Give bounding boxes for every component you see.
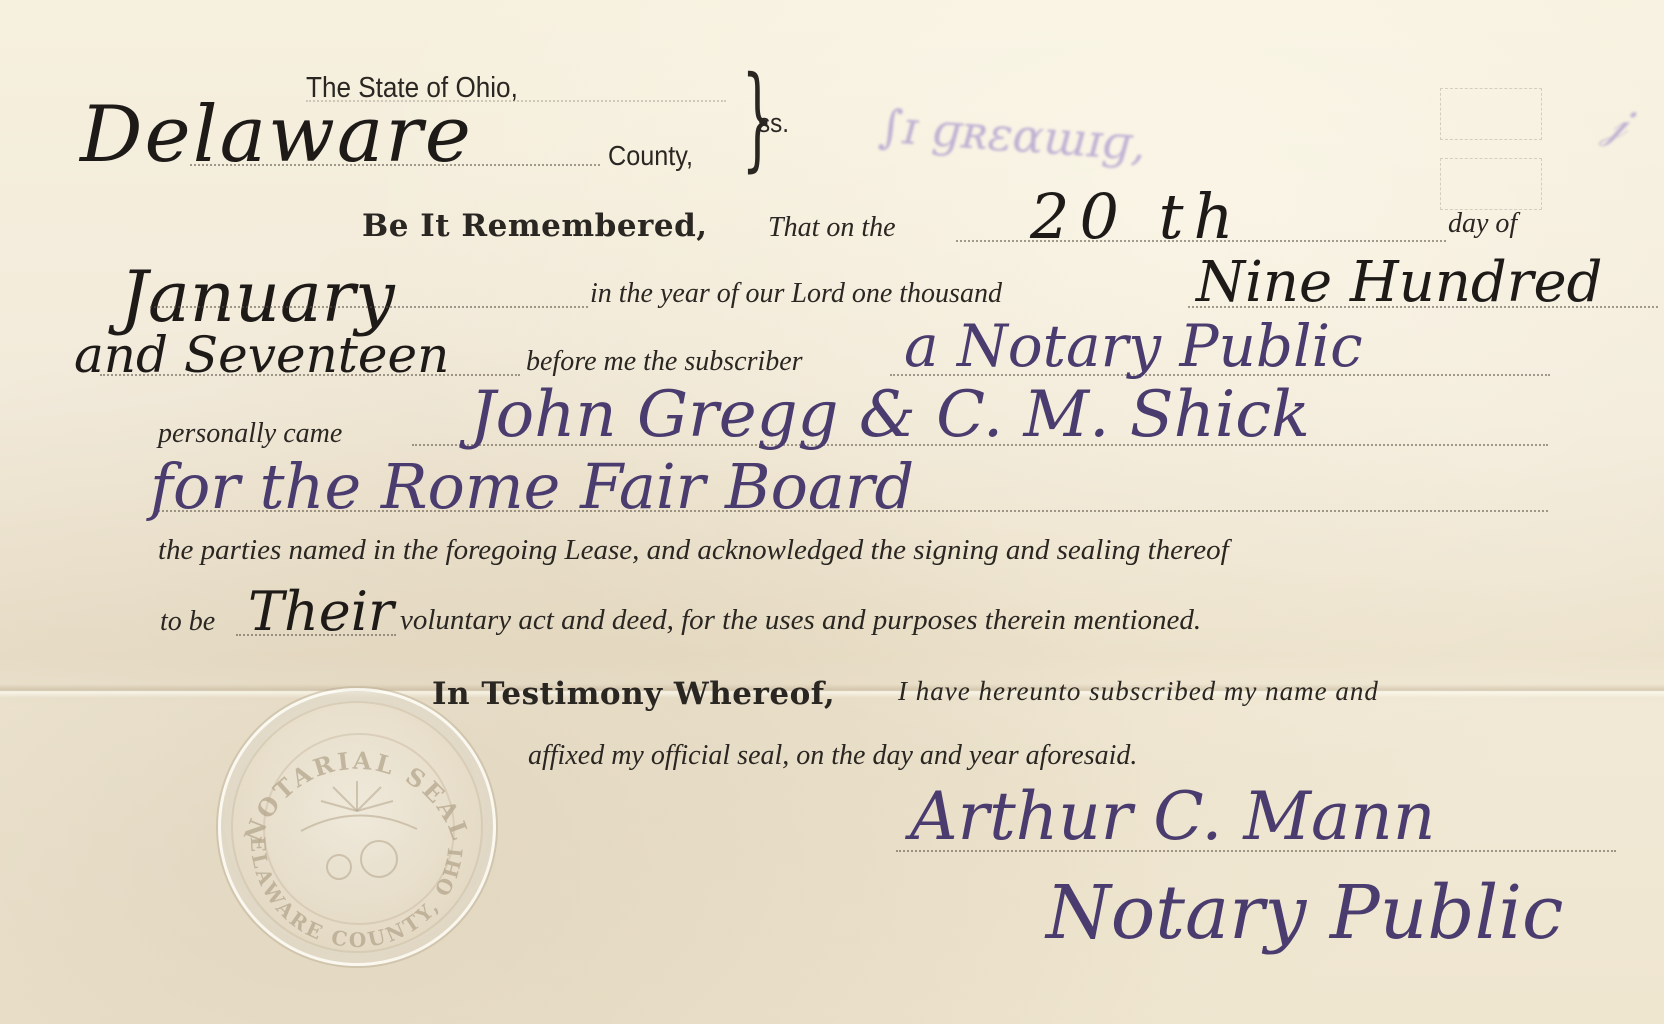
testimony-line2: affixed my official seal, on the day and… — [528, 740, 1137, 772]
county-name: Delaware — [80, 90, 473, 180]
day-of-text: day of — [1448, 208, 1517, 239]
month-dotted-line — [150, 306, 588, 308]
ss-label: ss. — [758, 108, 789, 139]
parties-continued-value: for the Rome Fair Board — [150, 450, 914, 523]
year-of-our-lord-text: in the year of our Lord one thousand — [590, 278, 1002, 309]
officer-handwritten: a Notary Public — [904, 312, 1363, 380]
day-value: 20 th — [1030, 180, 1243, 253]
ss-text: ss. — [758, 108, 789, 138]
day-handwritten: 20 th — [1030, 180, 1243, 253]
county-label: County, — [608, 140, 693, 172]
parties-named-text: the parties named in the foregoing Lease… — [158, 534, 1229, 566]
parties-value: John Gregg & C. M. Shick — [470, 378, 1310, 452]
subscribed-text: I have hereunto subscribed my name and — [898, 676, 1379, 706]
seal-icon: NOTARIAL SEAL DELAWARE COUNTY, OHIO. — [221, 691, 493, 963]
ghost-box-2 — [1440, 158, 1542, 210]
voluntary-act-text: voluntary act and deed, for the uses and… — [400, 604, 1201, 636]
to-be-text: to be — [160, 606, 215, 637]
line2-text: in the year of our Lord one thousand — [590, 278, 1002, 310]
county-handwritten: Delaware — [80, 90, 473, 180]
notary-title: Notary Public — [1046, 870, 1563, 956]
line6-lead: to be — [160, 606, 215, 638]
officer-value: a Notary Public — [904, 312, 1363, 380]
before-me-text: before me the subscriber — [526, 346, 803, 377]
parties-continued-handwritten: for the Rome Fair Board — [150, 450, 914, 523]
ghost-box-1 — [1440, 88, 1542, 140]
line5-text: the parties named in the foregoing Lease… — [158, 534, 1229, 567]
year-part1-handwritten: Nine Hundred — [1196, 250, 1603, 315]
line4-text: personally came — [158, 418, 342, 450]
notary-signature: Arthur C. Mann — [910, 778, 1435, 855]
notarial-seal-emboss: NOTARIAL SEAL DELAWARE COUNTY, OHIO. — [218, 688, 496, 966]
parties-handwritten: John Gregg & C. M. Shick — [470, 378, 1310, 452]
year2-dotted-line — [100, 374, 520, 376]
affixed-seal-text: affixed my official seal, on the day and… — [528, 740, 1137, 771]
county-dotted-line — [190, 164, 600, 166]
notary-name: Arthur C. Mann — [910, 778, 1435, 855]
pronoun-value: Their — [248, 580, 394, 643]
county-label-text: County, — [608, 140, 693, 171]
personally-came-text: personally came — [158, 418, 342, 449]
pronoun-handwritten: Their — [248, 580, 394, 643]
line1-text: That on the — [768, 212, 896, 244]
be-it-remembered-text: Be It Remembered, — [362, 208, 708, 244]
be-it-remembered: Be It Remembered, — [362, 208, 708, 244]
year-part1-value: Nine Hundred — [1196, 250, 1603, 315]
that-on-the-text: That on the — [768, 212, 896, 243]
testimony-line1: I have hereunto subscribed my name and — [898, 676, 1379, 707]
day-of-label: day of — [1448, 208, 1517, 240]
notary-title-text: Notary Public — [1046, 870, 1563, 956]
line6-text: voluntary act and deed, for the uses and… — [400, 604, 1201, 637]
line3-text: before me the subscriber — [526, 346, 803, 378]
